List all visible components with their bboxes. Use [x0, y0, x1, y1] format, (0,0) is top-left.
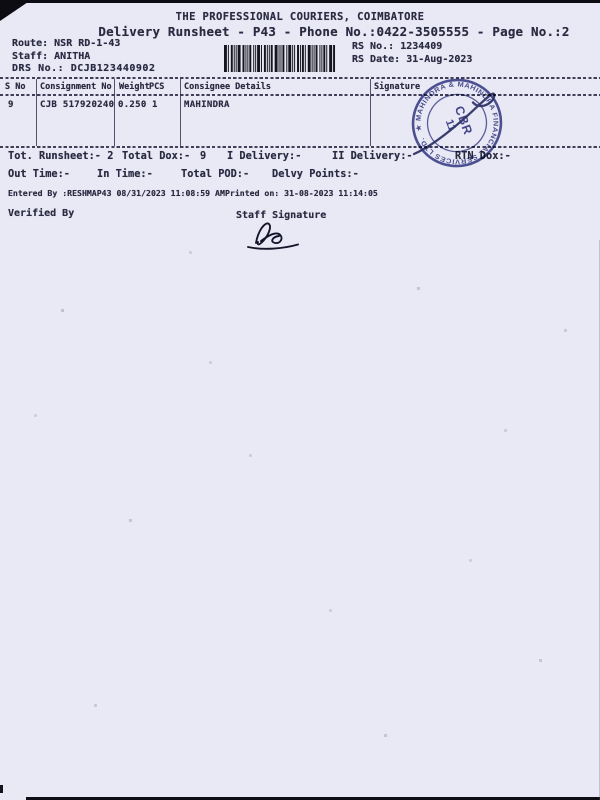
staff-line: Staff: ANITHA	[12, 52, 90, 62]
tot-runsheet-label: Tot. Runsheet:-	[8, 150, 101, 162]
out-time-label: Out Time:-	[8, 169, 70, 179]
cell-consignee: MAHINDRA	[184, 101, 230, 110]
col-header-sno: S No	[5, 83, 25, 92]
col-header-consignment: Consignment No	[40, 83, 112, 92]
rs-date-label: RS Date:	[352, 54, 400, 65]
ii-delivery-label: II Delivery:-	[332, 151, 413, 161]
drs-line: DRS No.: DCJB123440902	[12, 64, 155, 74]
total-dox-value: 9	[200, 151, 206, 161]
top-edge-scan-band	[0, 0, 600, 3]
table-column-divider	[180, 79, 181, 146]
route-label: Route:	[12, 38, 48, 49]
cell-sno: 9	[8, 101, 14, 110]
table-header-rule	[0, 94, 600, 96]
left-edge-scan-mark	[0, 785, 3, 793]
paper-noise-specks	[0, 0, 1, 1]
delvy-points-label: Delvy Points:-	[272, 169, 359, 179]
table-top-rule	[0, 77, 600, 79]
rs-date-value: 31-Aug-2023	[406, 54, 472, 65]
drs-label: DRS No.:	[12, 63, 64, 74]
delivery-runsheet-document: THE PROFESSIONAL COURIERS, COIMBATORE De…	[0, 0, 600, 800]
cell-pcs: 1	[152, 101, 158, 110]
cell-consignment: CJB 517920240	[40, 101, 114, 110]
total-dox-label: Total Dox:-	[122, 151, 190, 161]
route-value: NSR RD-1-43	[54, 38, 120, 49]
table-column-divider	[36, 79, 37, 146]
rs-date-line: RS Date: 31-Aug-2023	[352, 55, 472, 65]
in-time-label: In Time:-	[97, 169, 153, 179]
page-title: THE PROFESSIONAL COURIERS, COIMBATORE	[0, 12, 600, 23]
page-subtitle: Delivery Runsheet - P43 - Phone No.:0422…	[98, 26, 570, 39]
entered-by-line: Entered By :RESHMAP43 08/31/2023 11:08:5…	[8, 189, 225, 197]
table-column-divider	[370, 79, 371, 146]
rs-barcode	[224, 45, 336, 72]
tot-runsheet-line: Tot. Runsheet:- 2	[8, 151, 113, 161]
table-column-divider	[114, 79, 115, 146]
rs-no-label: RS No.:	[352, 41, 394, 52]
drs-value: DCJB123440902	[71, 63, 156, 74]
staff-value: ANITHA	[54, 51, 90, 62]
table-bottom-rule	[0, 146, 600, 148]
bottom-edge-scan-band	[26, 797, 600, 800]
staff-label: Staff:	[12, 51, 48, 62]
cell-weight: 0.250	[118, 101, 147, 110]
rs-no-line: RS No.: 1234409	[352, 42, 442, 52]
col-header-consignee: Consignee Details	[184, 83, 271, 92]
verified-by-label: Verified By	[8, 209, 74, 219]
route-line: Route: NSR RD-1-43	[12, 39, 120, 49]
i-delivery-label: I Delivery:-	[227, 151, 301, 161]
rs-no-value: 1234409	[400, 41, 442, 52]
company-stamp: ★ MAHINDRA & MAHINDRA FINANCIAL SERVICES…	[410, 77, 506, 171]
total-pod-label: Total POD:-	[181, 169, 249, 179]
tot-runsheet-value: 2	[107, 150, 113, 162]
col-header-weight: Weight	[119, 83, 150, 92]
col-header-pcs: PCS	[149, 83, 164, 92]
printed-on-line: Printed on: 31-08-2023 11:14:05	[225, 189, 378, 197]
staff-signature-scribble	[242, 217, 306, 251]
